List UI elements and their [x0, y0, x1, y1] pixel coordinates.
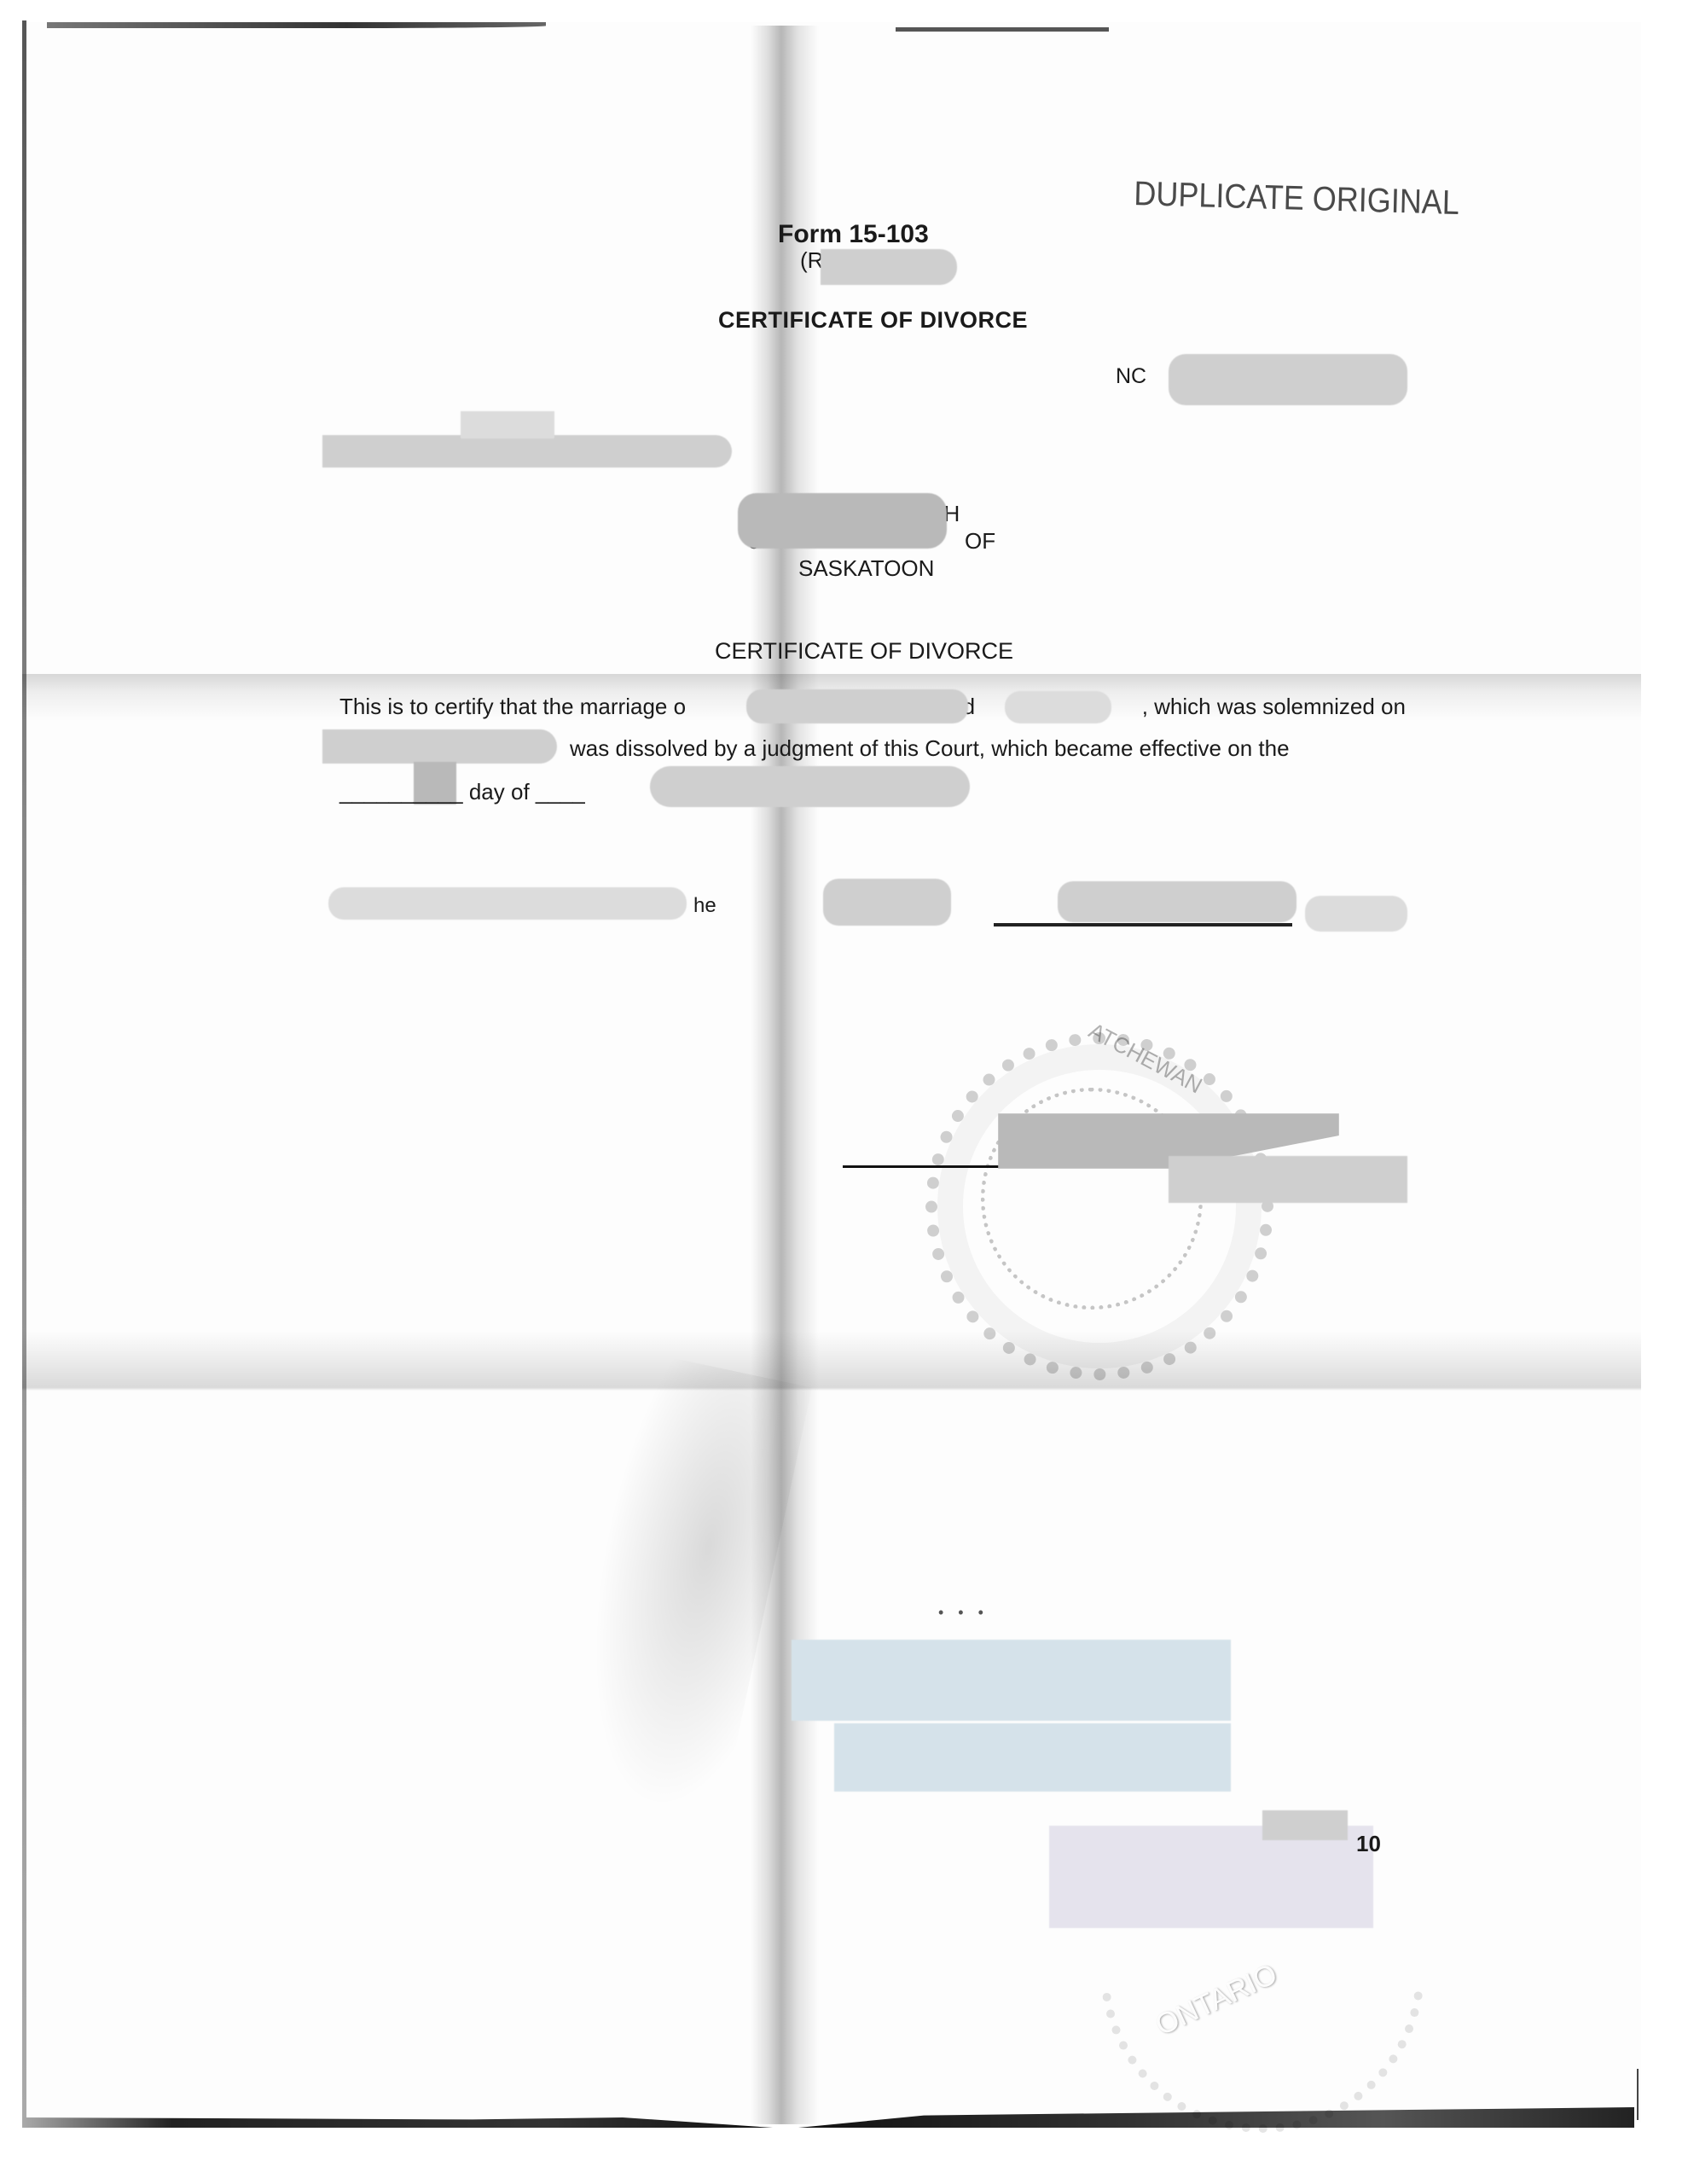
redaction-year	[1305, 896, 1407, 932]
certificate-title-top: CERTIFICATE OF DIVORCE	[718, 307, 1028, 334]
redaction-authentication-stamp	[792, 1640, 1231, 1721]
document-number-suffix: 10	[1356, 1831, 1381, 1857]
certificate-title: CERTIFICATE OF DIVORCE	[715, 638, 1013, 665]
redaction-name	[461, 411, 554, 439]
form-number: Form 15-103	[778, 220, 929, 249]
redaction-spouse-2	[1005, 691, 1111, 723]
redaction-court-name	[738, 493, 947, 549]
redaction-file-number	[1169, 354, 1407, 405]
redaction-number	[1262, 1810, 1348, 1840]
fold-crease-horizontal	[22, 1331, 1641, 1391]
redaction-block	[821, 249, 957, 285]
scan-edge-top	[896, 27, 1109, 32]
redaction-authentication-stamp	[834, 1723, 1231, 1792]
redaction-spouse-1	[746, 689, 968, 723]
file-number-label: NC	[1116, 364, 1146, 389]
redaction-marriage-date	[322, 729, 557, 764]
redaction-effective-date	[650, 766, 970, 807]
certificate-body-line-3: __________ day of ____	[339, 779, 585, 805]
scan-edge-top	[47, 22, 546, 28]
document-page	[22, 22, 1641, 2123]
redaction-registrar-name	[1169, 1156, 1407, 1203]
scan-edge-left	[22, 20, 26, 2119]
redaction-ontario-stamp	[1049, 1826, 1373, 1928]
redaction-name	[322, 435, 732, 468]
date-underline	[994, 923, 1292, 926]
fold-crease-vertical	[751, 26, 819, 2124]
court-location: SASKATOON	[798, 555, 934, 582]
redaction-date-month	[1058, 881, 1296, 922]
stamp-marks: • • •	[938, 1604, 989, 1622]
scan-edge-right	[1637, 2069, 1639, 2120]
redaction-place	[328, 887, 687, 920]
redaction-date	[823, 879, 951, 926]
